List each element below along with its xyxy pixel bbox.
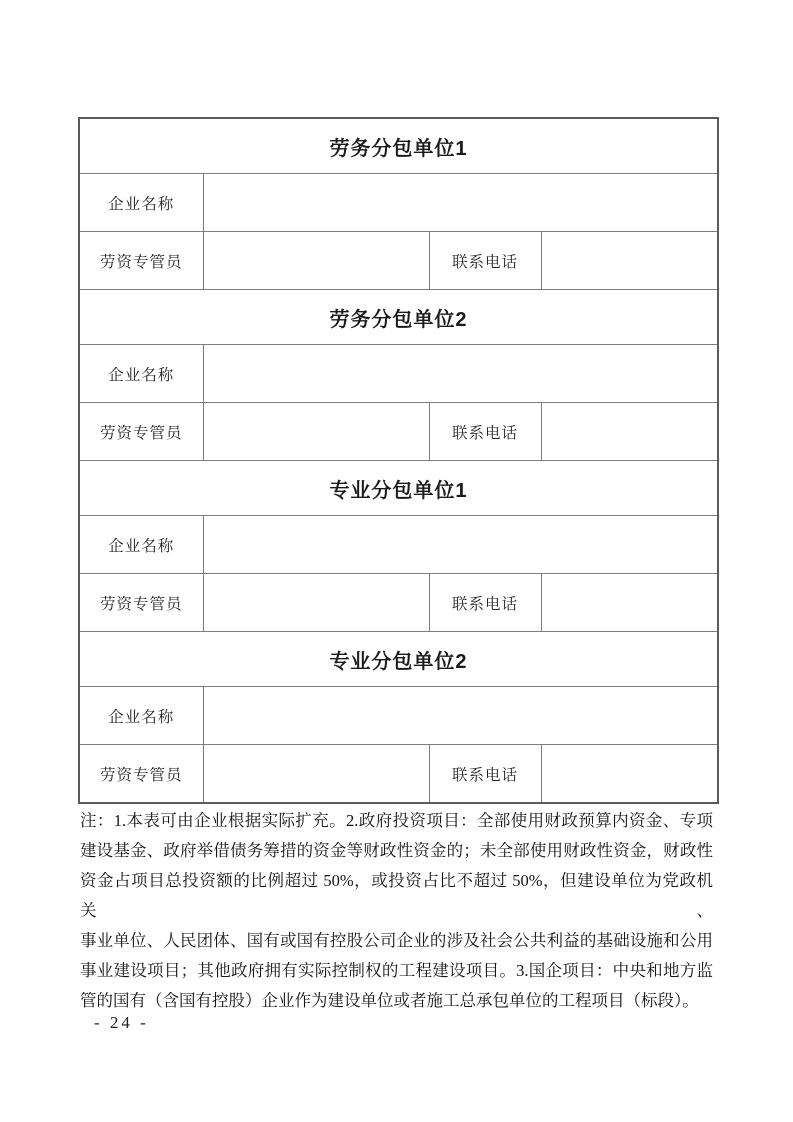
company-name-label-cell: 企业名称 (79, 516, 203, 574)
contact-phone-label-cell: 联系电话 (429, 232, 541, 290)
labor-officer-value-cell (203, 403, 429, 461)
note-line: 注：1.本表可由企业根据实际扩充。2.政府投资项目：全部使用财政预算内资金、专项 (80, 806, 713, 836)
note-line: 建设基金、政府举借债务筹措的资金等财政性资金的；未全部使用财政性资金，财政性 (80, 836, 713, 866)
contact-phone-value-cell (541, 403, 718, 461)
labor-officer-label-cell: 劳资专管员 (79, 745, 203, 804)
labor-officer-label-cell: 劳资专管员 (79, 574, 203, 632)
note-line: 管的国有（含国有控股）企业作为建设单位或者施工总承包单位的工程项目（标段）。 (80, 986, 713, 1016)
note-line: 事业建设项目；其他政府拥有实际控制权的工程建设项目。3.国企项目：中央和地方监 (80, 956, 713, 986)
contact-phone-value-cell (541, 232, 718, 290)
section-header-row: 劳务分包单位1 (79, 118, 718, 174)
note-line: 资金占项目总投资额的比例超过 50%，或投资占比不超过 50%，但建设单位为党政… (80, 866, 713, 926)
officer-phone-row: 劳资专管员 联系电话 (79, 574, 718, 632)
officer-phone-row: 劳资专管员 联系电话 (79, 403, 718, 461)
company-name-row: 企业名称 (79, 345, 718, 403)
section-header-row: 专业分包单位1 (79, 461, 718, 516)
section-professional-subcontractor-1-title: 专业分包单位1 (79, 461, 718, 516)
contact-phone-label-cell: 联系电话 (429, 574, 541, 632)
company-name-label-cell: 企业名称 (79, 174, 203, 232)
officer-phone-row: 劳资专管员 联系电话 (79, 745, 718, 804)
contact-phone-value-cell (541, 745, 718, 804)
labor-officer-label-cell: 劳资专管员 (79, 232, 203, 290)
contact-phone-value-cell (541, 574, 718, 632)
company-name-value-cell (203, 345, 718, 403)
contact-phone-label-cell: 联系电话 (429, 745, 541, 804)
subcontractor-form-table: 劳务分包单位1 企业名称 劳资专管员 联系电话 劳务分包单位2 企业名称 劳 (78, 117, 719, 804)
section-professional-subcontractor-2-title: 专业分包单位2 (79, 632, 718, 687)
contact-phone-label-cell: 联系电话 (429, 403, 541, 461)
company-name-row: 企业名称 (79, 516, 718, 574)
labor-officer-value-cell (203, 574, 429, 632)
page-number: - 24 - (94, 1013, 149, 1033)
company-name-value-cell (203, 174, 718, 232)
company-name-row: 企业名称 (79, 174, 718, 232)
company-name-row: 企业名称 (79, 687, 718, 745)
labor-officer-value-cell (203, 232, 429, 290)
section-header-row: 劳务分包单位2 (79, 290, 718, 345)
company-name-label-cell: 企业名称 (79, 687, 203, 745)
section-header-row: 专业分包单位2 (79, 632, 718, 687)
company-name-label-cell: 企业名称 (79, 345, 203, 403)
section-labor-subcontractor-1-title: 劳务分包单位1 (79, 118, 718, 174)
document-page: 劳务分包单位1 企业名称 劳资专管员 联系电话 劳务分包单位2 企业名称 劳 (0, 0, 793, 1122)
officer-phone-row: 劳资专管员 联系电话 (79, 232, 718, 290)
section-labor-subcontractor-2-title: 劳务分包单位2 (79, 290, 718, 345)
company-name-value-cell (203, 687, 718, 745)
labor-officer-value-cell (203, 745, 429, 804)
labor-officer-label-cell: 劳资专管员 (79, 403, 203, 461)
form-note: 注：1.本表可由企业根据实际扩充。2.政府投资项目：全部使用财政预算内资金、专项… (80, 806, 713, 1016)
note-line: 事业单位、人民团体、国有或国有控股公司企业的涉及社会公共利益的基础设施和公用 (80, 926, 713, 956)
company-name-value-cell (203, 516, 718, 574)
